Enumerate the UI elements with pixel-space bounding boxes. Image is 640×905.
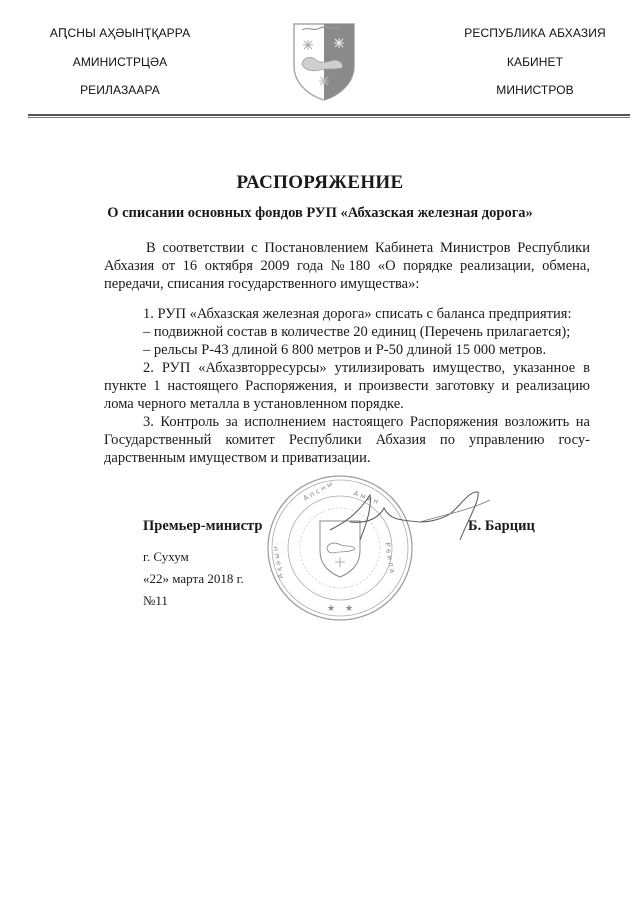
item-1: 1. РУП «Абхазская железная дорога» списа… bbox=[143, 306, 571, 323]
document-number: №11 bbox=[143, 592, 168, 609]
document-date: «22» марта 2018 г. bbox=[143, 570, 244, 587]
preamble-line-2: Абхазия от 16 октября 2009 года №180 «О … bbox=[104, 258, 590, 275]
item-3-line-2: Государственный комитет Республики Абхаз… bbox=[104, 432, 590, 449]
item-3-line-3: дарственным имуществом и приватизации. bbox=[104, 450, 371, 467]
svg-text:★: ★ bbox=[327, 604, 335, 614]
preamble-line-3: передачи, списания государственного имущ… bbox=[104, 276, 419, 293]
document-city: г. Сухум bbox=[143, 548, 189, 565]
header-left-line-2: АМИНИСТРЦӘА bbox=[20, 55, 220, 69]
item-3-line-1: 3. Контроль за исполнением настоящего Ра… bbox=[143, 414, 590, 431]
document-subtitle: О списании основных фондов РУП «Абхазска… bbox=[0, 205, 640, 222]
item-2-line-1: 2. РУП «Абхазвторресурсы» утилизировать … bbox=[143, 360, 590, 377]
header-right-line-2: КАБИНЕТ bbox=[440, 55, 630, 69]
item-2-line-3: лома черного металла в установленном пор… bbox=[104, 396, 404, 413]
document-title: РАСПОРЯЖЕНИЕ bbox=[0, 172, 640, 194]
signatory-position: Премьер-министр bbox=[143, 518, 262, 535]
coat-of-arms-icon bbox=[290, 20, 358, 102]
header-right-line-1: РЕСПУБЛИКА АБХАЗИЯ bbox=[440, 26, 630, 40]
item-1-sub-2: – рельсы Р-43 длиной 6 800 метров и Р-50… bbox=[143, 342, 546, 359]
header-left-line-1: АԤСНЫ АҲӘЫНҬҚАРРА bbox=[20, 26, 220, 40]
signatory-name: Б. Барциц bbox=[468, 518, 535, 535]
header-right-line-3: МИНИСТРОВ bbox=[440, 83, 630, 97]
item-1-sub-1: – подвижной состав в количестве 20 едини… bbox=[143, 324, 570, 341]
header-divider bbox=[28, 114, 630, 116]
header-left-line-3: РЕИЛАЗААРА bbox=[20, 83, 220, 97]
svg-text:★: ★ bbox=[345, 604, 353, 614]
item-2-line-2: пункте 1 настоящего Распоряжения, и прои… bbox=[104, 378, 590, 395]
preamble-line-1: В соответствии с Постановлением Кабинета… bbox=[146, 240, 590, 257]
header-divider-thin bbox=[28, 117, 630, 118]
